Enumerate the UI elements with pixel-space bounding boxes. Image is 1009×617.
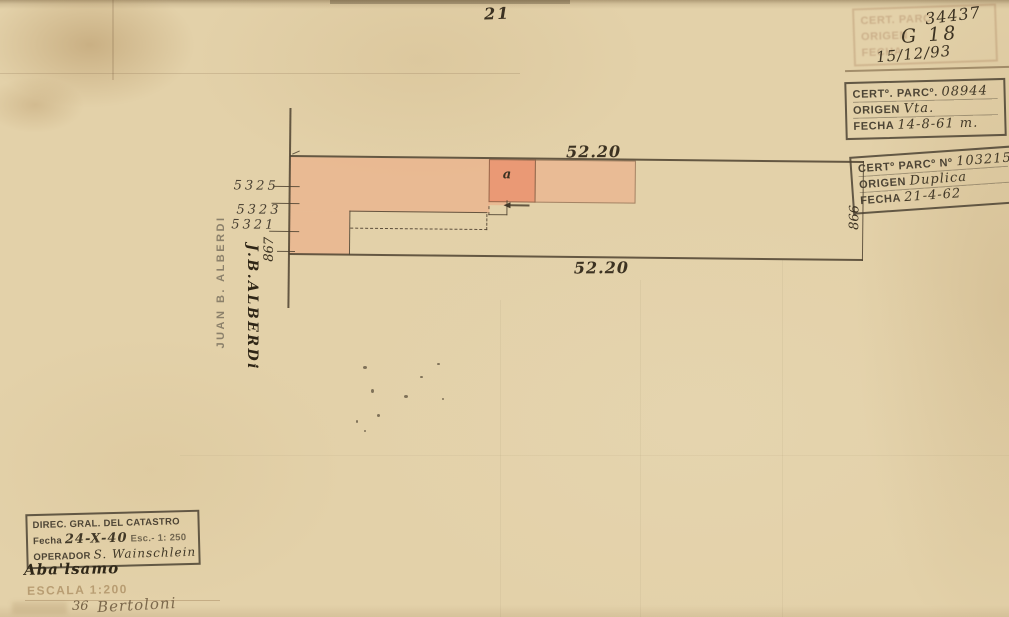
depth-right-label: 866: [847, 205, 862, 230]
arrow-marker: [510, 204, 529, 206]
house-number: 5325: [234, 178, 279, 193]
arrow-head: [503, 202, 510, 208]
scale-note: ESCALA 1:200: [27, 582, 128, 598]
cutout-dashed-right: [486, 214, 487, 230]
parcel-a-square: [489, 159, 536, 202]
notch-bottom-line: [488, 214, 507, 215]
house-number: 5323: [236, 202, 281, 217]
dimension-top: 52.20: [566, 142, 621, 161]
lot-shading-main: [289, 157, 490, 213]
ink-speck: [420, 376, 423, 378]
notch-dashed-left: [488, 206, 489, 215]
house-number: 5321: [231, 217, 276, 232]
ink-speck: [363, 366, 367, 369]
scanned-cadastral-plan: 21 CERT. PARC. ORIGEN FECHA 34437 G 18 1…: [0, 0, 1009, 617]
parcel-a-label: a: [503, 167, 512, 182]
ink-speck: [371, 389, 374, 393]
cutout-left-line: [349, 211, 351, 255]
depth-left-label: 867: [262, 237, 277, 262]
ink-speck: [437, 363, 440, 365]
dimension-bottom: 52.20: [574, 258, 629, 277]
stamp-scale: Esc.- 1: 250: [130, 532, 186, 544]
lot-shading-left-column: [289, 211, 349, 255]
ink-speck: [404, 395, 408, 398]
street-name-ink: J.B.ALBERDi: [244, 244, 260, 364]
street-name-pencil: JUAN B. ALBERDI: [215, 207, 227, 357]
ink-speck: [364, 430, 366, 432]
faint-stamp-smudge: [12, 602, 67, 614]
ink-speck: [442, 398, 444, 400]
parcel-right-rect: [535, 160, 636, 204]
surveyor-note: Aba'lsamo: [24, 559, 119, 579]
ink-speck: [356, 420, 358, 423]
tick-mark: [277, 251, 295, 252]
ink-speck: [377, 414, 380, 417]
stamp-date-label: Fecha: [33, 535, 62, 547]
lot-number-note: 36: [72, 599, 89, 614]
stamp-date-value: 24-X-40: [65, 531, 128, 548]
cutout-dashed-line: [350, 228, 487, 230]
cutout-top-line: [349, 211, 487, 214]
